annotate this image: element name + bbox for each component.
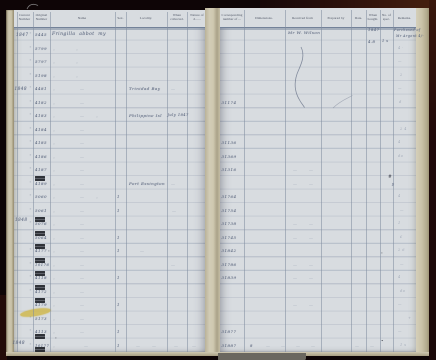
handwritten-entry: — (140, 249, 144, 253)
handwritten-entry: — (309, 276, 313, 280)
handwritten-entry: — (309, 168, 313, 172)
handwritten-entry: „ (53, 209, 55, 213)
handwritten-entry: „ (76, 74, 78, 78)
column-rule-line (50, 12, 51, 352)
column-rule-line (33, 12, 34, 352)
handwritten-entry: — (80, 141, 84, 145)
handwritten-entry: „ (53, 249, 55, 253)
handwritten-entry: 1 (398, 222, 401, 226)
handwritten-entry: 4189 (35, 182, 47, 186)
handwritten-entry: Port Essington (129, 182, 165, 186)
handwritten-entry: Purchased of (394, 29, 421, 32)
handwritten-entry: do (398, 155, 403, 159)
handwritten-entry: * (30, 249, 32, 253)
handwritten-entry: — (80, 276, 84, 280)
handwritten-entry: — (398, 60, 402, 64)
handwritten-entry: * (30, 60, 32, 64)
column-rule-line (285, 10, 286, 352)
handwritten-entry: + (408, 317, 411, 321)
handwritten-entry: — (172, 209, 176, 213)
ink-brace-mark (295, 47, 304, 108)
handwritten-entry: 31136 (222, 141, 237, 145)
handwritten-entry: — (80, 249, 84, 253)
handwritten-entry: * (30, 276, 32, 280)
handwritten-entry: July 1847 (168, 114, 189, 118)
column-header-label: When collected. (170, 13, 184, 21)
handwritten-entry: 1848 (13, 341, 25, 345)
column-rule-line (17, 12, 18, 352)
handwritten-entry: 31764 (222, 195, 237, 199)
handwritten-entry: £ (400, 236, 403, 240)
handwritten-entry: 1 (117, 330, 120, 334)
column-header-label: When bought. (368, 13, 379, 21)
column-header-label: Received from (292, 16, 313, 20)
handwritten-entry: * (30, 101, 32, 105)
column-header-label: Prepared by (328, 16, 345, 20)
handwritten-entry: 2 6 (398, 249, 405, 253)
ink-marks-overlay (0, 0, 436, 360)
handwritten-entry: „ (53, 344, 55, 348)
handwritten-entry: — (80, 101, 84, 105)
handwritten-entry: 31877 (222, 330, 237, 334)
handwritten-entry: 5797 (35, 60, 47, 64)
handwritten-entry: — (80, 303, 84, 307)
handwritten-entry: — (84, 344, 88, 348)
handwritten-entry: 31786 (222, 263, 237, 267)
column-header-label: Corresponding number of ... (222, 13, 243, 21)
handwritten-entry: 5064 (35, 236, 47, 240)
handwritten-entry: * (30, 74, 32, 78)
column-header-label: Nature of d...... (190, 13, 203, 21)
handwritten-entry: „ (53, 101, 55, 105)
handwritten-entry: * (30, 195, 32, 199)
handwritten-entry: • (381, 339, 384, 343)
pencil-stroke-mark (333, 96, 353, 109)
handwritten-entry: — (309, 236, 313, 240)
handwritten-entry: • (381, 252, 383, 255)
handwritten-entry: * (30, 263, 32, 267)
handwritten-entry: 31745 (222, 236, 237, 240)
column-header-label: Remarks. (398, 16, 411, 20)
handwritten-entry: — (266, 344, 270, 348)
handwritten-entry: 5076 (35, 222, 47, 226)
handwritten-entry: — (311, 344, 315, 348)
handwritten-entry: Fringilla abbot my (52, 33, 106, 38)
handwritten-entry: „ (96, 114, 98, 118)
handwritten-entry: „ (53, 195, 55, 199)
handwritten-entry: 4185 (35, 141, 47, 145)
column-rule-line (366, 10, 367, 352)
column-rule-line (244, 10, 245, 352)
handwritten-entry: y (392, 183, 394, 187)
handwritten-entry: „ (53, 303, 55, 307)
registration-stamp (35, 347, 45, 352)
handwritten-entry: 1 (117, 303, 120, 307)
handwritten-entry: Mr W. Wilson (288, 31, 320, 35)
handwritten-entry: 4113 (35, 330, 47, 334)
column-header-label: No. of spec. (382, 13, 391, 21)
ledger-scan: Current NumberOriginal NumberNameSex.Loc… (0, 0, 436, 360)
handwritten-entry: 31754 (222, 209, 237, 213)
handwritten-entry: — (400, 263, 404, 267)
column-rule-line (115, 12, 116, 352)
handwritten-entry: „ (76, 60, 78, 64)
handwritten-entry: * (30, 222, 32, 226)
handwritten-entry: — (80, 168, 84, 172)
handwritten-entry: 1847 (368, 28, 379, 32)
handwritten-entry: 5173 (35, 317, 47, 321)
handwritten-entry: „ (53, 236, 55, 240)
handwritten-entry: * (30, 182, 32, 186)
handwritten-entry: 1 s (400, 344, 407, 348)
handwritten-entry: * (30, 141, 32, 145)
handwritten-entry: 8 (250, 344, 253, 348)
handwritten-entry: * (30, 330, 32, 334)
handwritten-entry: „ (76, 47, 78, 51)
handwritten-entry: Mr Argent 4/- (396, 35, 424, 38)
handwritten-entry: 4172 (35, 290, 47, 294)
handwritten-entry: „ (53, 330, 55, 334)
handwritten-entry: — (309, 303, 313, 307)
handwritten-entry: „ (53, 182, 55, 186)
handwritten-entry: — (80, 155, 84, 159)
handwritten-entry: „ (53, 128, 55, 132)
handwritten-entry: 5061 (35, 209, 47, 213)
column-rule-line (321, 10, 322, 352)
column-rule-line (351, 10, 352, 352)
handwritten-entry: 1847 (16, 33, 28, 37)
handwritten-entry: 4 (398, 195, 401, 199)
handwritten-entry: 1 (117, 249, 120, 253)
handwritten-entry: 4177 (35, 249, 47, 253)
handwritten-entry: — (355, 344, 359, 348)
handwritten-entry: „ (96, 195, 98, 199)
handwritten-entry: * (30, 317, 32, 321)
handwritten-entry: 10177 (35, 344, 49, 348)
handwritten-entry: * (30, 155, 32, 159)
handwritten-entry: — (136, 344, 140, 348)
handwritten-entry: 4184 (35, 128, 47, 132)
handwritten-entry: * (30, 33, 32, 37)
handwritten-entry: — (80, 182, 84, 186)
column-rule-line (380, 10, 381, 352)
handwritten-entry: — (398, 330, 402, 334)
column-header-label: Locality. (140, 16, 153, 20)
handwritten-entry: — (370, 344, 374, 348)
handwritten-entry: 10176 (35, 263, 49, 267)
handwritten-entry: 4.8 (368, 40, 375, 44)
handwritten-entry: 4 (398, 141, 401, 145)
handwritten-entry: * (30, 114, 32, 118)
handwritten-entry: — (293, 263, 297, 267)
handwritten-entry: — (80, 330, 84, 334)
handwritten-entry: „ (53, 222, 55, 226)
handwritten-entry: — (171, 263, 175, 267)
handwritten-entry: — (293, 222, 297, 226)
column-header-label: Current Number (19, 13, 30, 21)
column-rule-line (187, 12, 188, 352)
handwritten-entry: — (80, 222, 84, 226)
handwritten-entry: — (293, 182, 297, 186)
handwritten-entry: * (30, 290, 32, 294)
handwritten-entry: Philippine Isl (129, 114, 162, 118)
column-header-label: Date. (355, 16, 363, 20)
handwritten-entry: 1 s (382, 40, 389, 44)
handwritten-entry: 31174 (222, 101, 237, 105)
registration-stamp (35, 334, 45, 339)
handwritten-entry: — (171, 182, 175, 186)
handwritten-entry: — (80, 209, 84, 213)
handwritten-entry: 31842 (222, 249, 237, 253)
handwritten-entry: „ (53, 155, 55, 159)
handwritten-entry: 2 (400, 74, 403, 78)
handwritten-entry: „ (53, 141, 55, 145)
column-header-label: Sex. (117, 16, 123, 20)
handwritten-entry: „ (53, 87, 55, 91)
handwritten-entry: 2 4 (400, 128, 407, 132)
handwritten-entry: do (400, 290, 405, 294)
handwritten-entry: 5198 (35, 74, 47, 78)
handwritten-entry: — (174, 344, 178, 348)
handwritten-entry: 4179 (35, 303, 47, 307)
handwritten-entry: 31316 (222, 168, 237, 172)
handwritten-entry: — (152, 344, 156, 348)
handwritten-entry: 4 (398, 276, 401, 280)
handwritten-entry: 4187 (35, 168, 47, 172)
handwritten-entry: „ (53, 290, 55, 294)
handwritten-entry: # (388, 176, 392, 181)
handwritten-entry: — (80, 317, 84, 321)
handwritten-entry: 1 (117, 276, 120, 280)
handwritten-entry: — (398, 87, 402, 91)
handwritten-entry: 4481 (35, 87, 47, 91)
handwritten-entry: „ (53, 263, 55, 267)
column-header-label: Name (78, 16, 86, 20)
handwritten-entry: „ (53, 168, 55, 172)
handwritten-entry: 4186 (35, 155, 47, 159)
handwritten-entry: Trinidad Bay (129, 87, 160, 91)
handwritten-entry: — (281, 344, 285, 348)
handwritten-entry: * (30, 344, 32, 348)
handwritten-entry: 1 (117, 195, 120, 199)
handwritten-entry: * (30, 168, 32, 172)
column-header-label: Original Number (36, 13, 48, 21)
handwritten-entry: 4118 (35, 276, 47, 280)
handwritten-entry: — (293, 276, 297, 280)
column-rule-line (126, 12, 127, 352)
column-rule-line (167, 12, 168, 352)
handwritten-entry: 1 (117, 344, 120, 348)
handwritten-entry: — (192, 344, 196, 348)
handwritten-entry: 5060 (35, 195, 47, 199)
handwritten-entry: 4182 (35, 101, 47, 105)
handwritten-entry: — (309, 222, 313, 226)
handwritten-entry: — (398, 303, 402, 307)
handwritten-entry: — (293, 303, 297, 307)
handwritten-entry: — (293, 168, 297, 172)
handwritten-entry: — (171, 87, 175, 91)
handwritten-entry: — (400, 209, 404, 213)
handwritten-entry: 5799 (35, 47, 47, 51)
handwritten-entry: — (293, 236, 297, 240)
handwritten-entry: * (30, 209, 32, 213)
handwritten-entry: * (30, 87, 32, 91)
handwritten-entry: 31839 (222, 276, 237, 280)
handwritten-entry: — (80, 290, 84, 294)
handwritten-entry: „ (53, 47, 55, 51)
handwritten-entry: — (80, 195, 84, 199)
handwritten-entry: „ (53, 74, 55, 78)
handwritten-entry: 31369 (222, 155, 237, 159)
handwritten-entry: „ (53, 317, 55, 321)
column-rule-line (393, 10, 394, 352)
handwritten-entry: * (30, 47, 32, 51)
handwritten-entry: 5445 (35, 33, 47, 37)
handwritten-entry: 4 · (398, 47, 404, 51)
handwritten-entry: • (48, 250, 50, 253)
handwritten-entry: • (55, 337, 57, 340)
handwritten-entry: — (296, 344, 300, 348)
handwritten-entry: — (309, 263, 313, 267)
handwritten-entry: — (80, 236, 84, 240)
handwritten-entry: 4183 (35, 114, 47, 118)
handwritten-entry: 31738 (222, 222, 237, 226)
handwritten-entry: 1848 (15, 87, 27, 91)
handwritten-entry: „ (53, 114, 55, 118)
pen-check-mark (27, 4, 38, 9)
handwritten-entry: 1848 (15, 218, 27, 222)
handwritten-entry: „ (53, 276, 55, 280)
handwritten-entry: — (80, 114, 84, 118)
handwritten-entry: 31887 (222, 344, 237, 348)
handwritten-entry: „ (53, 60, 55, 64)
handwritten-entry: * (30, 128, 32, 132)
handwritten-entry: — (80, 87, 84, 91)
handwritten-entry: 1 (117, 236, 120, 240)
handwritten-entry: d (399, 101, 402, 105)
column-header-label: Dimensions. (255, 16, 273, 20)
handwritten-entry: — (80, 263, 84, 267)
handwritten-entry: — (80, 128, 84, 132)
handwritten-entry: 1 (117, 209, 120, 213)
handwritten-entry: — (309, 182, 313, 186)
